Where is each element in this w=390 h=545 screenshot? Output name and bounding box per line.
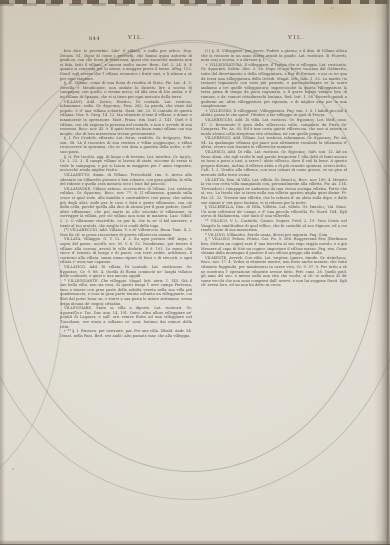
entry-paragraph: VILLERECCIO, Add. Di villa. Lat. rusticu… [201,118,347,136]
entry-paragraph: + VILLEGGIATURA, Il villeggiare, il Temp… [201,63,347,109]
stain-speck [12,468,14,470]
entry-paragraph: §. I. Per Crudele, efferato. Lat. ferus,… [60,136,192,154]
entry-paragraph: * VILLEGGIANTE. Che villeggia. Magal. le… [60,279,192,307]
entry-paragraph: § * VILLOSO, Peloso, Pelato. Cat. Fn. 9.… [201,237,347,255]
page-top-edge-mottle [0,3,240,6]
crease-line [0,110,62,492]
entry-paragraph: VILLANO, Add. Zotico, Rustico, Di contad… [60,100,192,137]
entry-paragraph: VILLANZONE, Villano astioso, accrescitiv… [60,187,192,228]
stain-speck [331,7,334,9]
entry-paragraph: ben dice lo proverbio: Libr' il villano,… [60,49,192,81]
scanned-book-page: 844 VIL. VIL. ben dice lo proverbio: Lib… [0,0,390,545]
page-number: 844 [89,36,100,42]
entry-paragraph: VILLATA, Villaggio. G. V. 12. 4. 2. Su o… [60,237,192,265]
entry-paragraph: + VILLEGGIO, Il villeggiare, Villeggiatu… [201,109,347,118]
entry-paragraph: VILLATICO, Add. Di villata, Di contado. … [60,265,192,279]
running-head-right: VIL. [288,35,305,41]
text-column-right: (†) §. II. Villeggiare, per Avere, Poder… [201,49,347,429]
text-column-left: ben dice lo proverbio: Libr' il villano,… [60,49,192,429]
stain-speck [95,12,97,13]
entry-paragraph: VILMENTE, Avverb. Con viltà. Lat. turpit… [201,256,347,288]
entry-paragraph: ** VILLICO, V. L. Castaldo, Casaio. Segn… [201,219,347,233]
entry-paragraph: §. II. Per Incolto, agg. di luogo o di t… [60,155,192,173]
page-bottom-edge [0,540,390,545]
page-left-edge [0,0,5,545]
entry-paragraph: VILLANETTO, dimin. di Villano. Frescobal… [60,173,192,187]
entry-paragraph: VILLERESCO, Add. Villano. Lat. rusticus,… [201,136,347,150]
entry-paragraph: § VILLERELLA, Dim. di Villa, Villetta. L… [201,205,347,219]
entry-paragraph: VILLETTA, Dim. di Villa. Lat. villula. G… [201,178,347,206]
entry-paragraph: † ** §. I. Pensava, per costruire, par. … [60,329,192,338]
entry-paragraph: VILLESCO, Add. Di villa. Lat. rusticus. … [201,150,347,178]
running-head-left: VIL. [128,35,145,41]
page-right-edge [374,0,390,545]
entry-paragraph: §. II. Villano, come di una forza di ren… [60,81,192,99]
entry-paragraph: (†) §. II. Villeggiare, per Avere, Poder… [201,49,347,63]
entry-paragraph: (*) VILLARECCIO, Add. Villano. V. e di' … [60,228,192,237]
entry-paragraph: VILLEGGIARE, Stare in villa a diporto. L… [60,306,192,329]
